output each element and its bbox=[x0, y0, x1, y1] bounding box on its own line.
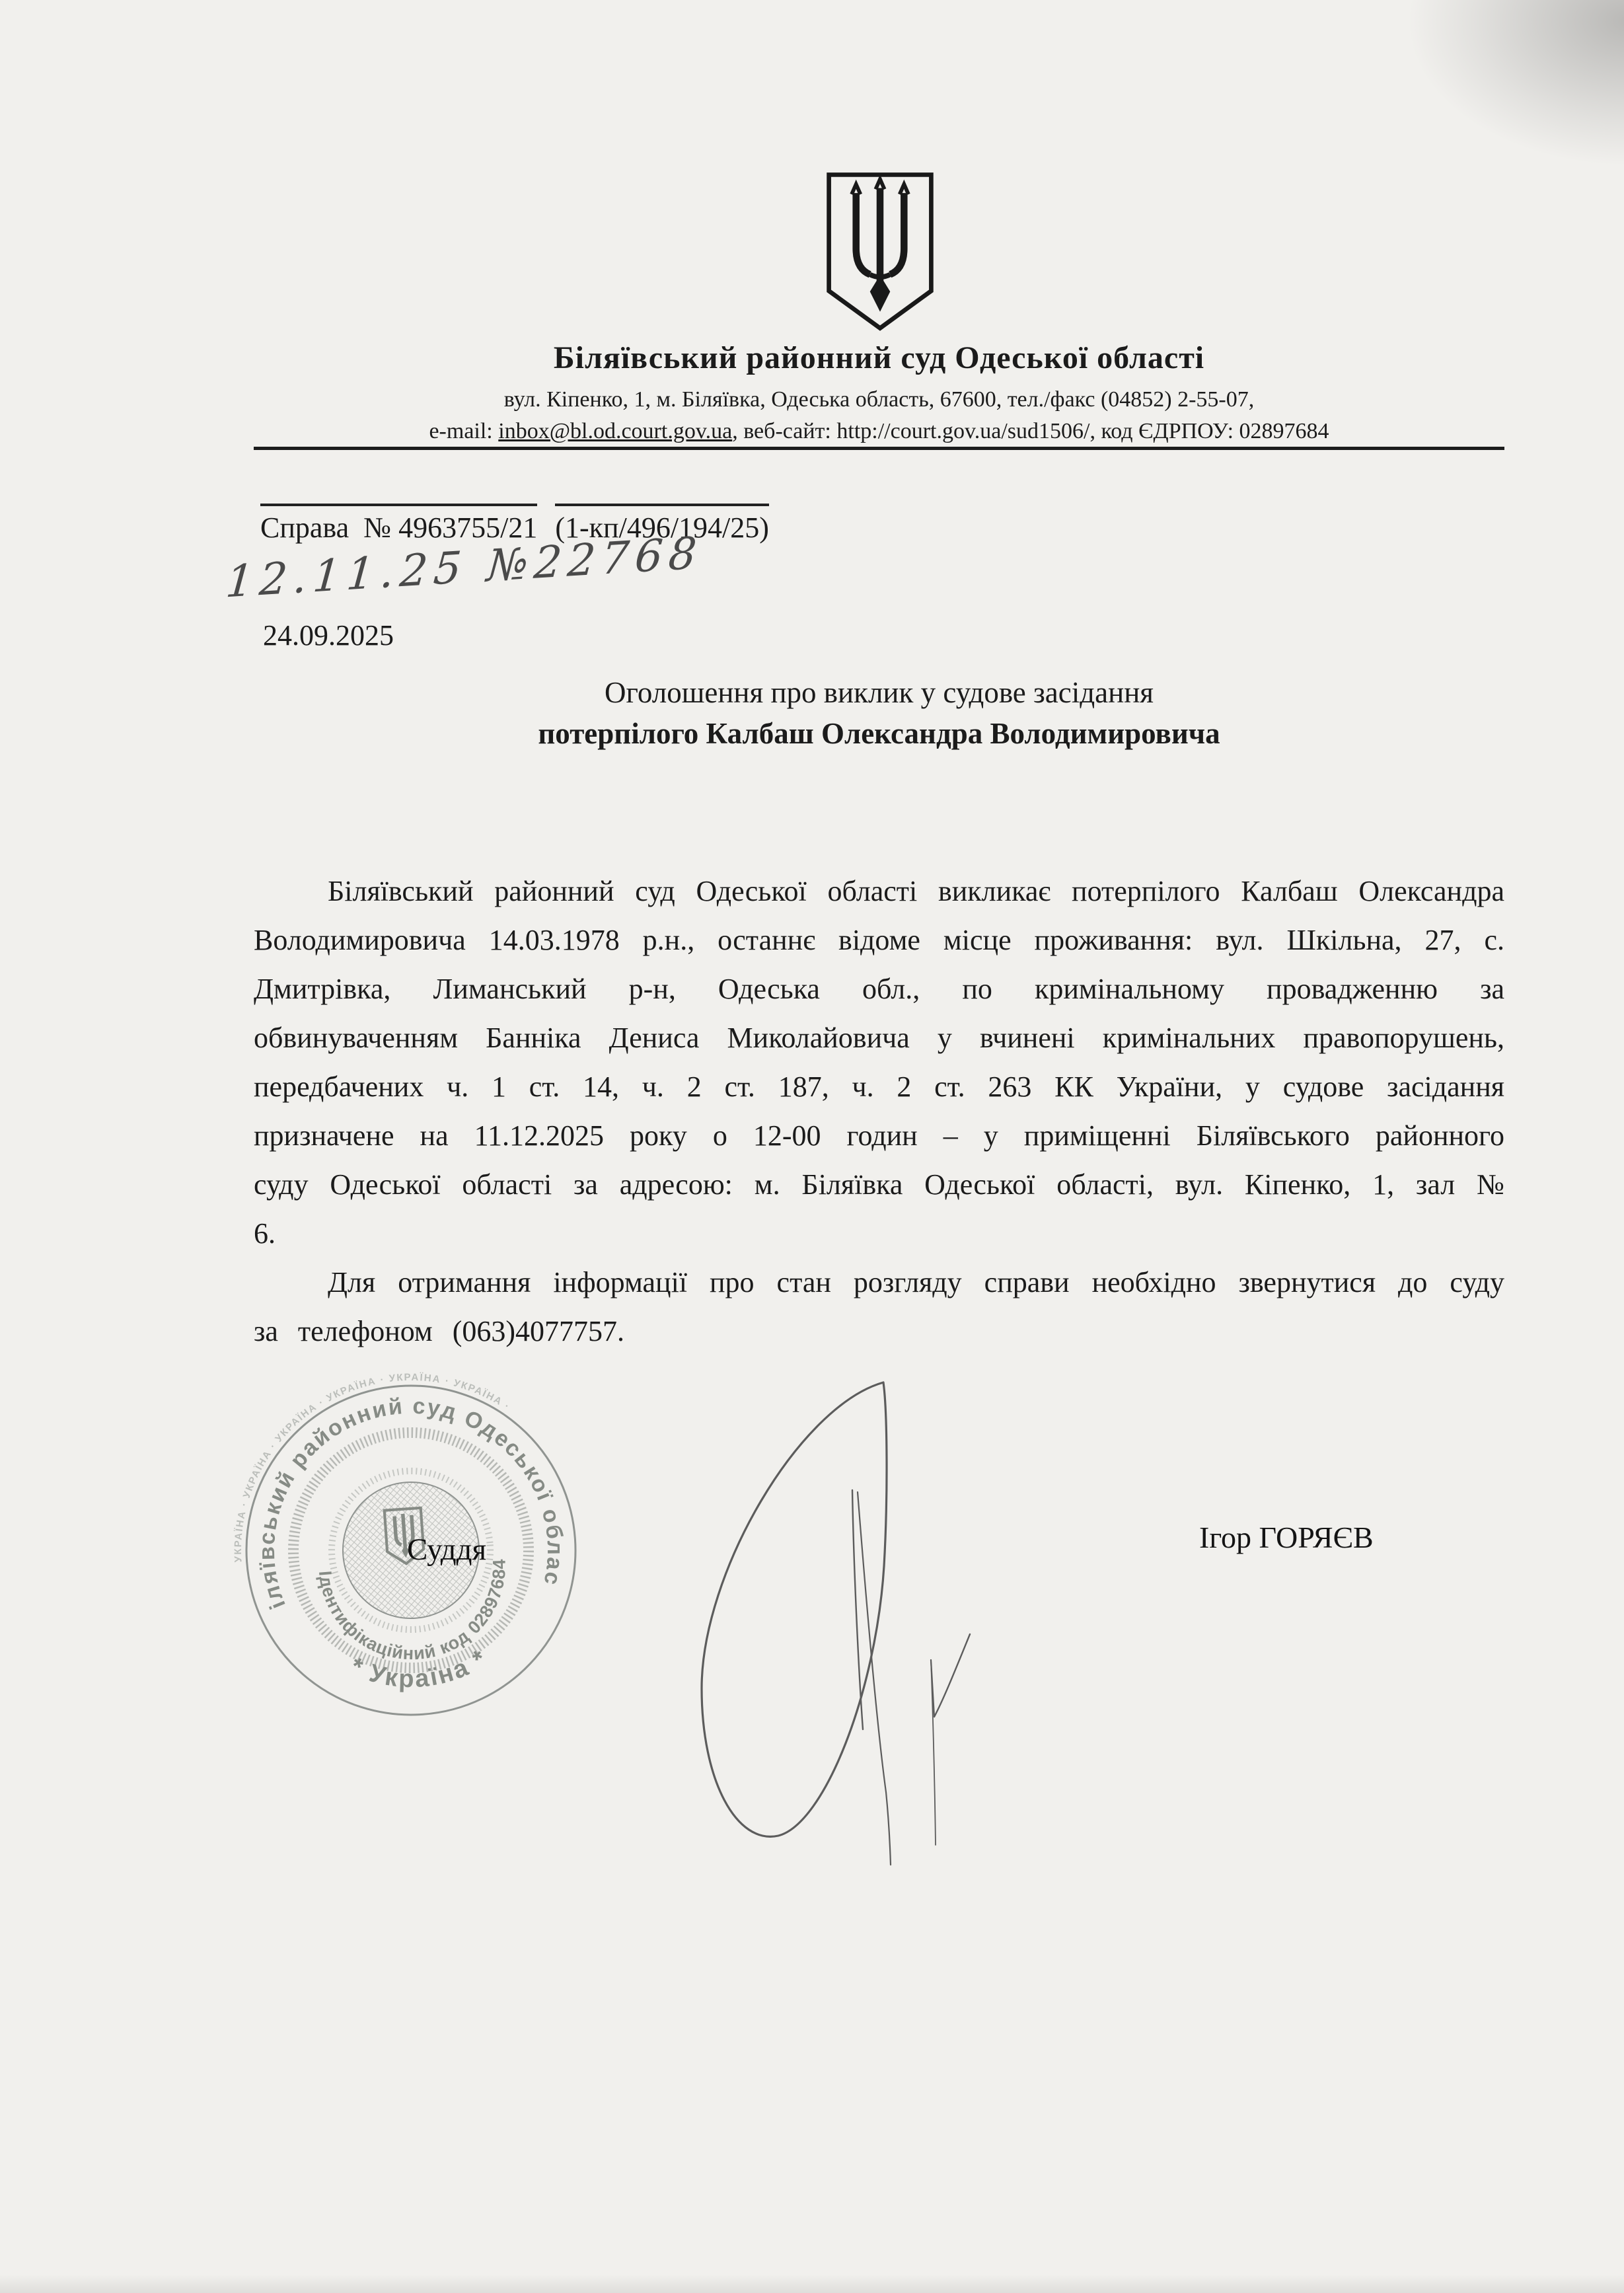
signer-role-label: Суддя bbox=[407, 1532, 486, 1567]
header-divider-line bbox=[254, 447, 1504, 450]
email-label: e-mail: bbox=[429, 419, 498, 443]
case-number: Справа № 4963755/21 bbox=[260, 504, 537, 545]
ukraine-trident-emblem bbox=[823, 167, 937, 337]
court-contacts: e-mail: inbox@bl.od.court.gov.ua, веб-са… bbox=[254, 419, 1504, 444]
document-body: Біляївський районний суд Одеської област… bbox=[254, 867, 1504, 1356]
court-name: Біляївський районний суд Одеської област… bbox=[254, 340, 1504, 376]
scanned-court-document-page: Біляївський районний суд Одеської област… bbox=[0, 0, 1624, 2293]
judge-signature bbox=[661, 1355, 1004, 1883]
website-and-code: , веб-сайт: http://court.gov.ua/sud1506/… bbox=[732, 419, 1329, 443]
scan-shadow-bottom bbox=[0, 2274, 1624, 2293]
signer-name: Ігор ГОРЯЄВ bbox=[1199, 1520, 1374, 1555]
court-address: вул. Кіпенко, 1, м. Біляївка, Одеська об… bbox=[254, 387, 1504, 412]
announcement-subtitle: потерпілого Калбаш Олександра Володимиро… bbox=[254, 716, 1504, 751]
scan-shadow-top-right bbox=[1333, 0, 1624, 211]
body-paragraph-contact-info: Для отримання інформації про стан розгля… bbox=[254, 1258, 1504, 1356]
announcement-title: Оголошення про виклик у судове засідання bbox=[254, 675, 1504, 710]
email-address: inbox@bl.od.court.gov.ua bbox=[498, 419, 732, 443]
document-date: 24.09.2025 bbox=[263, 619, 394, 652]
body-paragraph-summons: Біляївський районний суд Одеської област… bbox=[254, 867, 1504, 1258]
